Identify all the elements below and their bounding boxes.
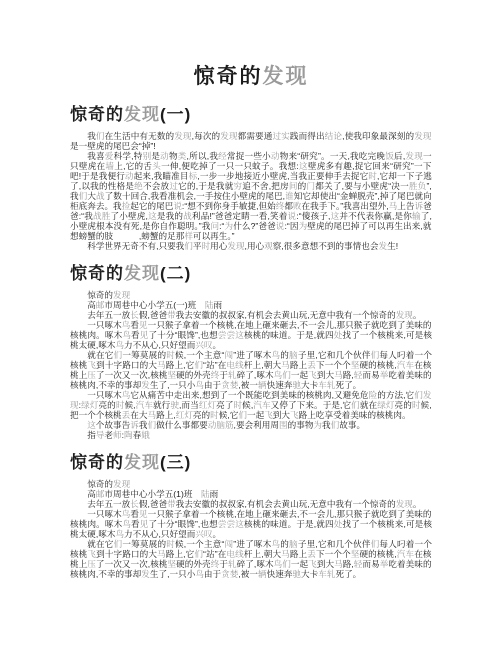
essay-section-2: 惊奇的发现(二) 惊奇的发现 高邮市周巷中心小学五(一)班 陆雨 去年五一放长假… [70, 259, 432, 440]
essay-section-3: 惊奇的发现(三) 惊奇的发现 高邮市周巷中心小学五(1)班 陆雨 去年五一放长假… [70, 448, 432, 579]
paragraph: 去年五一放长假,爸爸带我去安徽的叔叔家,有机会去黄山玩,无意中我有一个惊奇的发现… [70, 310, 432, 320]
paragraph: 这个故事告诉我们做什么事都要动脑筋,要会利用周围的事物为我们故事。 [70, 420, 432, 430]
paragraph: 我喜爱科学,特别是动物类,所以,我经常捉一些小动物来“研究”。一天,我吃完晚饭后… [70, 151, 432, 241]
section-heading: 惊奇的发现(三) [70, 448, 432, 473]
paragraph: 一只啄木鸟看见一只猴子拿着一个核桃,在地上砸来砸去,不一会儿,那只猴子就吃到了美… [70, 320, 432, 350]
paragraph: 科学世界无奇不有,只要我们平时用心发现,用心观察,很多意想不到的事情也会发生! [70, 241, 432, 251]
essay-section-1: 惊奇的发现(一) 我们在生活中有无数的发现,每次的发现都需要通过实践而得出结论,… [70, 100, 432, 251]
essay-subtitle: 惊奇的发现 [70, 479, 432, 489]
paragraph: 一只啄木鸟看见一只猴子拿着一个核桃,在地上砸来砸去,不一会儿,那只猴子就吃到了美… [70, 509, 432, 539]
byline: 高邮市周巷中心小学五(一)班 陆雨 [70, 300, 432, 310]
section-heading: 惊奇的发现(二) [70, 259, 432, 284]
page-title: 惊奇的发现 [70, 60, 432, 90]
paragraph: 去年五一放长假,爸爸带我去安徽的叔叔家,有机会去黄山玩,无意中我有一个惊奇的发现… [70, 499, 432, 509]
paragraph: 一只啄木鸟它从痛苦中走出来,想到了一个既能吃到美味的核桃肉,又避免危险的方法,它… [70, 390, 432, 420]
document-page: 惊奇的发现 惊奇的发现(一) 我们在生活中有无数的发现,每次的发现都需要通过实践… [0, 0, 500, 647]
teacher-credit: 指导老师:陶春娥 [70, 430, 432, 440]
essay-subtitle: 惊奇的发现 [70, 290, 432, 300]
paragraph: 就在它们一筹莫展的时候,一个主意“闯”进了啄木鸟的脑子里,它和几个伙伴们每人叼着… [70, 350, 432, 390]
paragraph: 就在它们一筹莫展的时候,一个主意“闯”进了啄木鸟的脑子里,它和几个伙伴们每人叼着… [70, 539, 432, 579]
paragraph: 我们在生活中有无数的发现,每次的发现都需要通过实践而得出结论,使我印象最深刻的发… [70, 131, 432, 151]
byline: 高邮市周巷中心小学五(1)班 陆雨 [70, 489, 432, 499]
section-heading: 惊奇的发现(一) [70, 100, 432, 125]
